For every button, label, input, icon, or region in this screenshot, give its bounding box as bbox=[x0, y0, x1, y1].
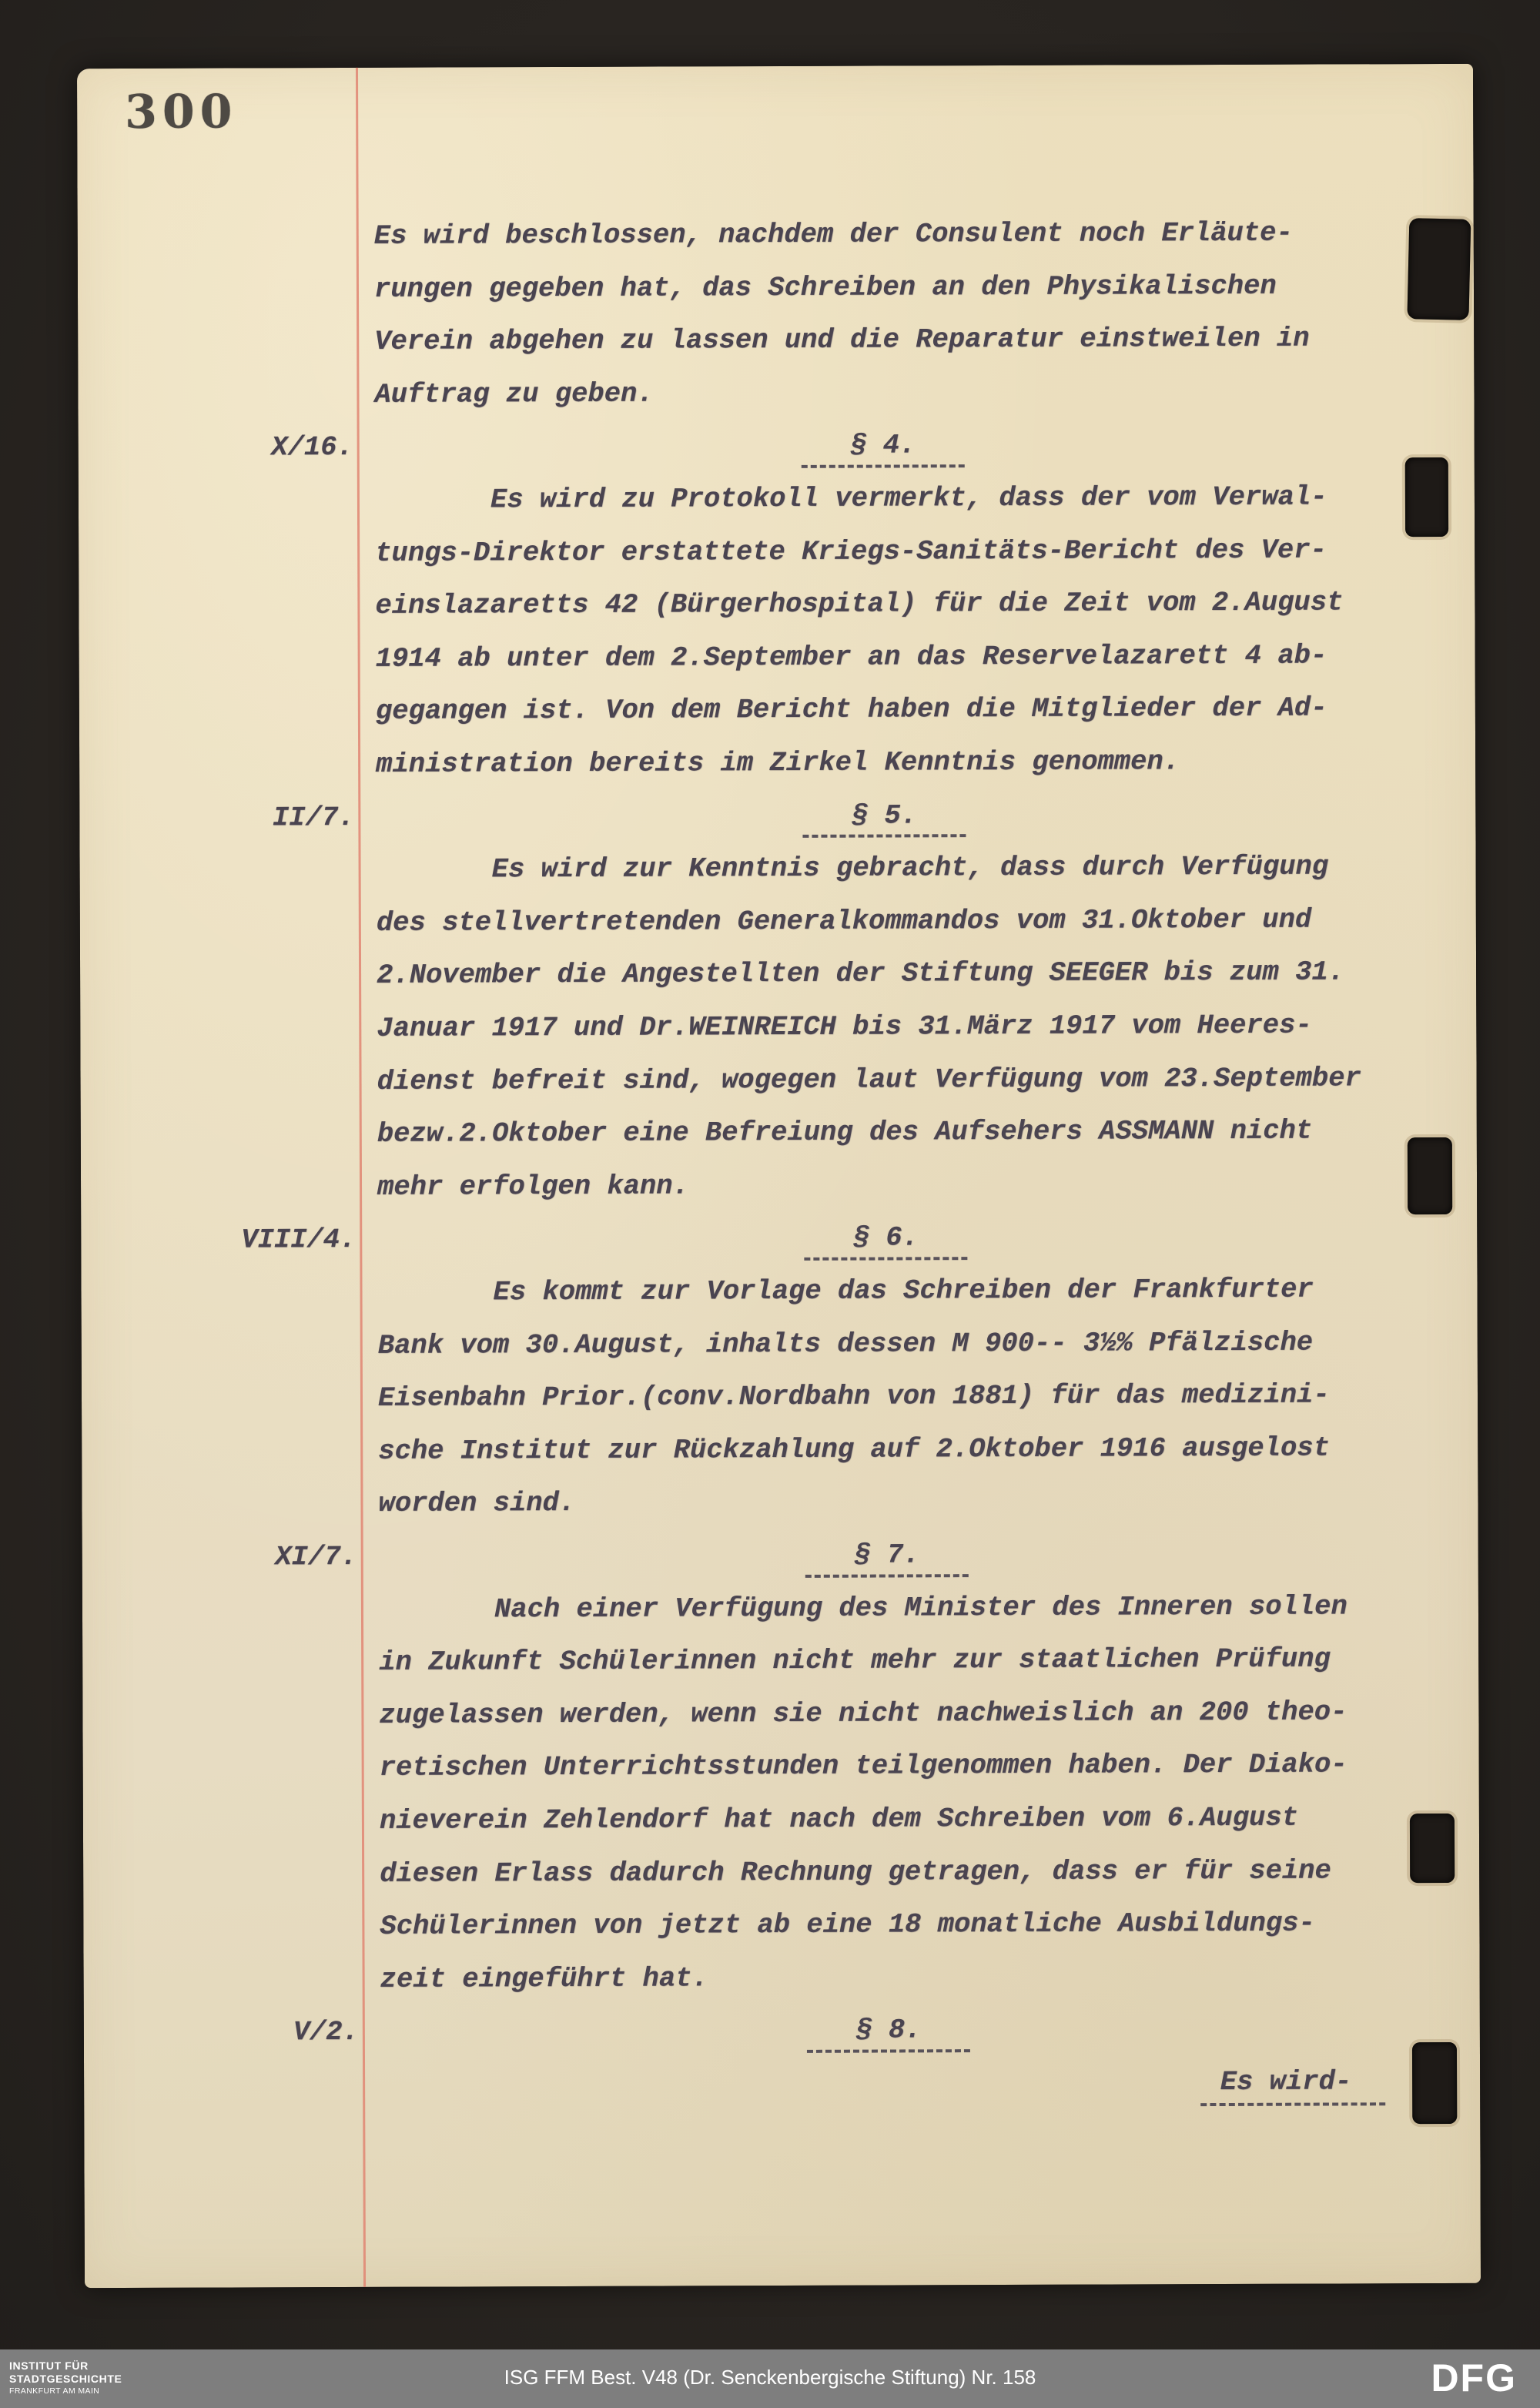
margin-index-label: XI/7. bbox=[190, 1541, 357, 1574]
typewritten-line: 2.November die Angestellten der Stiftung… bbox=[377, 956, 1344, 992]
typewritten-content: Es wird beschlossen, nachdem der Consule… bbox=[77, 64, 1473, 69]
section-heading-text: § 6. bbox=[853, 1222, 919, 1254]
binding-hole bbox=[1408, 1137, 1452, 1214]
section-heading: § 7. bbox=[379, 1537, 1395, 1579]
typewritten-line: Januar 1917 und Dr.WEINREICH bis 31.März… bbox=[377, 1010, 1311, 1045]
heading-underline bbox=[802, 464, 965, 468]
margin-index-label: VIII/4. bbox=[189, 1224, 356, 1257]
typewritten-line: mehr erfolgen kann. bbox=[377, 1170, 689, 1203]
section-heading: § 5. bbox=[376, 798, 1392, 839]
section-heading-text: § 5. bbox=[852, 799, 917, 832]
typewritten-line: Nach einer Verfügung des Minister des In… bbox=[379, 1590, 1347, 1626]
typewritten-line: sche Institut zur Rückzahlung auf 2.Okto… bbox=[378, 1432, 1330, 1467]
typewritten-line: rungen gegeben hat, das Schreiben an den… bbox=[374, 270, 1277, 305]
binding-hole bbox=[1412, 2042, 1457, 2124]
page-number-stamp: 300 bbox=[125, 85, 237, 139]
section-heading-text: § 7. bbox=[854, 1539, 919, 1571]
typewritten-line: Schülerinnen von jetzt ab eine 18 monatl… bbox=[380, 1907, 1314, 1943]
margin-index-label: II/7. bbox=[187, 802, 354, 835]
section-heading: § 6. bbox=[377, 1221, 1394, 1262]
typewritten-line: retischen Unterrichtsstunden teilgenomme… bbox=[380, 1749, 1347, 1784]
section-heading: § 4. bbox=[375, 428, 1391, 470]
typewritten-line: 1914 ab unter dem 2.September an das Res… bbox=[376, 639, 1327, 675]
typewritten-line: einslazaretts 42 (Bürgerhospital) für di… bbox=[375, 587, 1343, 622]
heading-underline bbox=[807, 2049, 970, 2053]
typewritten-line: diesen Erlass dadurch Rechnung getragen,… bbox=[380, 1854, 1331, 1890]
binding-hole bbox=[1407, 218, 1471, 320]
typewritten-line: tungs-Direktor erstattete Kriegs-Sanität… bbox=[375, 534, 1327, 569]
typewritten-line: dienst befreit sind, wogegen laut Verfüg… bbox=[377, 1062, 1361, 1097]
typewritten-line: zeit eingeführt hat. bbox=[380, 1962, 708, 1995]
margin-index-label: V/2. bbox=[192, 2016, 359, 2049]
margin-index-label: X/16. bbox=[186, 431, 353, 464]
catchword-underline bbox=[1200, 2102, 1385, 2106]
typewritten-line: bezw.2.Oktober eine Befreiung des Aufseh… bbox=[377, 1115, 1312, 1150]
typewritten-line: Auftrag zu geben. bbox=[374, 377, 653, 410]
typewritten-line: Es wird zu Protokoll vermerkt, dass der … bbox=[375, 481, 1327, 517]
typewritten-line: Es kommt zur Vorlage das Schreiben der F… bbox=[377, 1274, 1313, 1309]
typewritten-line: gegangen ist. Von dem Bericht haben die … bbox=[376, 692, 1327, 728]
archive-reference: ISG FFM Best. V48 (Dr. Senckenbergische … bbox=[0, 2366, 1540, 2390]
binding-hole bbox=[1410, 1814, 1455, 1883]
typewritten-line: des stellvertretenden Generalkommandos v… bbox=[377, 903, 1311, 939]
heading-underline bbox=[805, 1574, 969, 1578]
red-margin-rule bbox=[356, 68, 366, 2287]
typewritten-line: Eisenbahn Prior.(conv.Nordbahn von 1881)… bbox=[378, 1379, 1330, 1415]
catchword-text: Es wird- bbox=[1220, 2065, 1352, 2098]
heading-underline bbox=[802, 835, 966, 839]
catchword: Es wird- bbox=[380, 2065, 1385, 2108]
dfg-logo: DFG bbox=[1431, 2356, 1517, 2400]
typewritten-line: Es wird zur Kenntnis gebracht, dass durc… bbox=[377, 851, 1329, 886]
heading-underline bbox=[804, 1257, 967, 1261]
typewritten-line: Bank vom 30.August, inhalts dessen M 900… bbox=[378, 1326, 1313, 1361]
typewritten-line: nieverein Zehlendorf hat nach dem Schrei… bbox=[380, 1802, 1298, 1837]
typewritten-line: in Zukunft Schülerinnen nicht mehr zur s… bbox=[379, 1643, 1331, 1679]
typewritten-line: worden sind. bbox=[378, 1487, 575, 1520]
section-heading-text: § 4. bbox=[850, 430, 916, 462]
section-heading-text: § 8. bbox=[855, 2014, 921, 2047]
binding-hole bbox=[1405, 457, 1448, 537]
typewritten-line: zugelassen werden, wenn sie nicht nachwe… bbox=[379, 1696, 1347, 1731]
document-page: 300 Es wird beschlossen, nachdem der Con… bbox=[77, 64, 1481, 2288]
typewritten-line: ministration bereits im Zirkel Kenntnis … bbox=[376, 745, 1180, 781]
typewritten-line: Es wird beschlossen, nachdem der Consule… bbox=[374, 217, 1293, 253]
section-heading: § 8. bbox=[380, 2013, 1397, 2055]
archive-footer-bar: INSTITUT FÜR STADTGESCHICHTE FRANKFURT A… bbox=[0, 2349, 1540, 2408]
typewritten-line: Verein abgehen zu lassen und die Reparat… bbox=[374, 323, 1309, 358]
